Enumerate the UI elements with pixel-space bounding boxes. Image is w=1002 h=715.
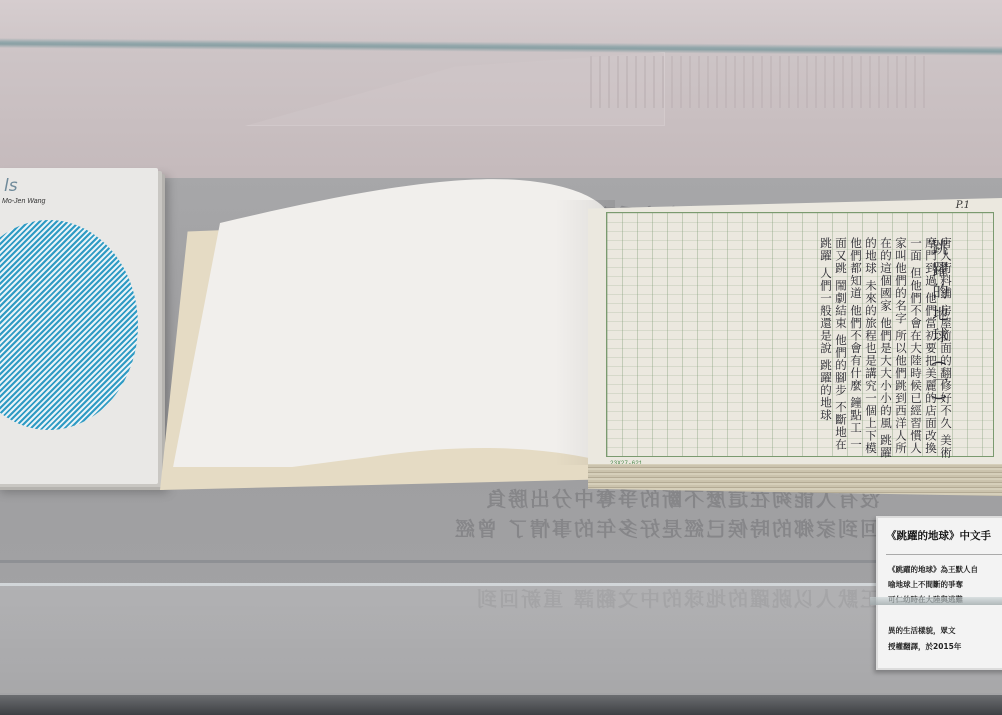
page-edges xyxy=(588,460,1002,496)
label-divider xyxy=(886,554,1002,555)
label-line: 異的生活樣貌，眾文 xyxy=(888,625,956,636)
manuscript-reflection xyxy=(245,52,935,130)
label-line: 喻地球上不間斷的爭奪 xyxy=(888,579,963,590)
manuscript-sheet: P.1 跳躍的地球 (一) 唐人街料鋪 房屋前面的翻修好不久 美術摩門到過 他們… xyxy=(588,198,1002,464)
manuscript-handwritten-text: 唐人街料鋪 房屋前面的翻修好不久 美術摩門到過 他們當初要把美麗的店面改換一面 … xyxy=(633,237,953,462)
striped-circle-graphic xyxy=(0,220,138,430)
case-bottom-frame xyxy=(0,695,1002,715)
glass-edge-over-label xyxy=(870,597,1002,605)
manuscript-blank-left-page xyxy=(170,177,610,467)
book-title: ls xyxy=(4,176,18,196)
page-number: P.1 xyxy=(956,200,970,211)
reflection-text-lines xyxy=(590,56,930,108)
floor-reflection-text: 回到家鄉的時候已經是好多年的事情了 曾經 xyxy=(60,513,880,542)
manuscript-grid: 跳躍的地球 (一) 唐人街料鋪 房屋前面的翻修好不久 美術摩門到過 他們當初要把… xyxy=(606,212,994,457)
label-title: 《跳躍的地球》中文手 xyxy=(886,528,991,543)
label-line: 授權翻譯，於2015年 xyxy=(888,641,961,652)
manuscript-right-page: P.1 跳躍的地球 (一) 唐人街料鋪 房屋前面的翻修好不久 美術摩門到過 他們… xyxy=(588,198,1002,498)
glass-reflection-line xyxy=(0,560,1002,563)
book-author: Mo-Jen Wang xyxy=(2,198,45,205)
book-cover: ls Mo-Jen Wang xyxy=(0,168,158,484)
exhibit-label: 《跳躍的地球》中文手 《跳躍的地球》為王默人自 喻地球上不間斷的爭奪 可仁幼時在… xyxy=(876,516,1002,670)
front-glass-panel xyxy=(0,583,1002,693)
label-line: 《跳躍的地球》為王默人自 xyxy=(888,564,978,575)
